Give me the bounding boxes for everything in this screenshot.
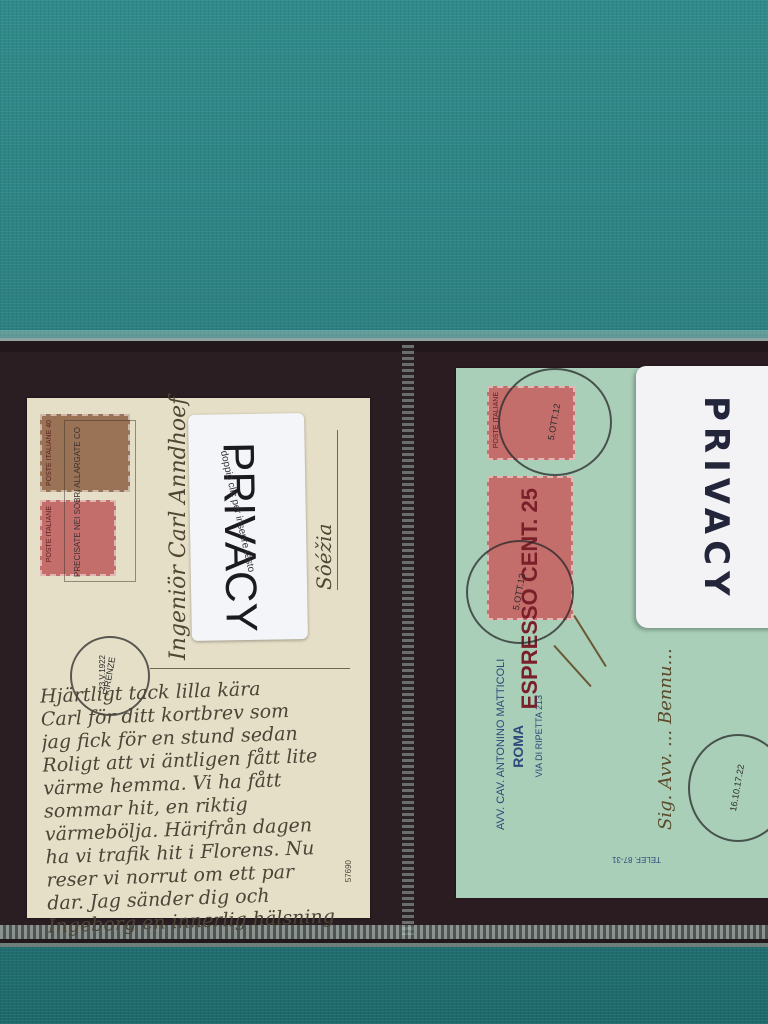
sender-name: AVV. CAV. ANTONINO MATTICOLI [495, 640, 507, 830]
sender-street: VIA DI RIPETTA 213 [534, 695, 544, 777]
privacy-paper: PRIVACY [636, 366, 768, 628]
sender-city: ROMA [510, 725, 526, 768]
postmark-roma-espresso: 5.OTT.12 [466, 540, 574, 644]
handwritten-message: Hjärtligt tack lilla kära Carl för ditt … [40, 674, 369, 938]
publisher-mark: 57690 [344, 860, 353, 882]
address-recipient: Ingeniör Carl Anndhoef [166, 410, 191, 660]
stamp-label: POSTE ITALIANE [46, 506, 53, 562]
slogan-cancel: PRECISATE NEI SOBRI ALLARGATE CORRISPOND… [64, 420, 136, 582]
stamp-label: POSTE ITALIANE 40 [46, 420, 53, 486]
sender-phone: TELEF. 87-31 [612, 855, 661, 864]
address-rule [150, 668, 350, 669]
postmark-roma-transito: 5.OTT.12 [498, 368, 612, 476]
privacy-handwritten: PRIVACY [696, 396, 736, 602]
postmark-benevento: 16.10.17.22 [688, 734, 768, 842]
handwritten-address: Sig. Avv. ... Bennu... [655, 640, 676, 830]
address-country: Sôéžia [312, 420, 336, 590]
privacy-sticker: PRIVACY doppio clic per inserire testo [188, 413, 308, 641]
address-rule [337, 430, 338, 590]
album-spine [402, 345, 414, 935]
